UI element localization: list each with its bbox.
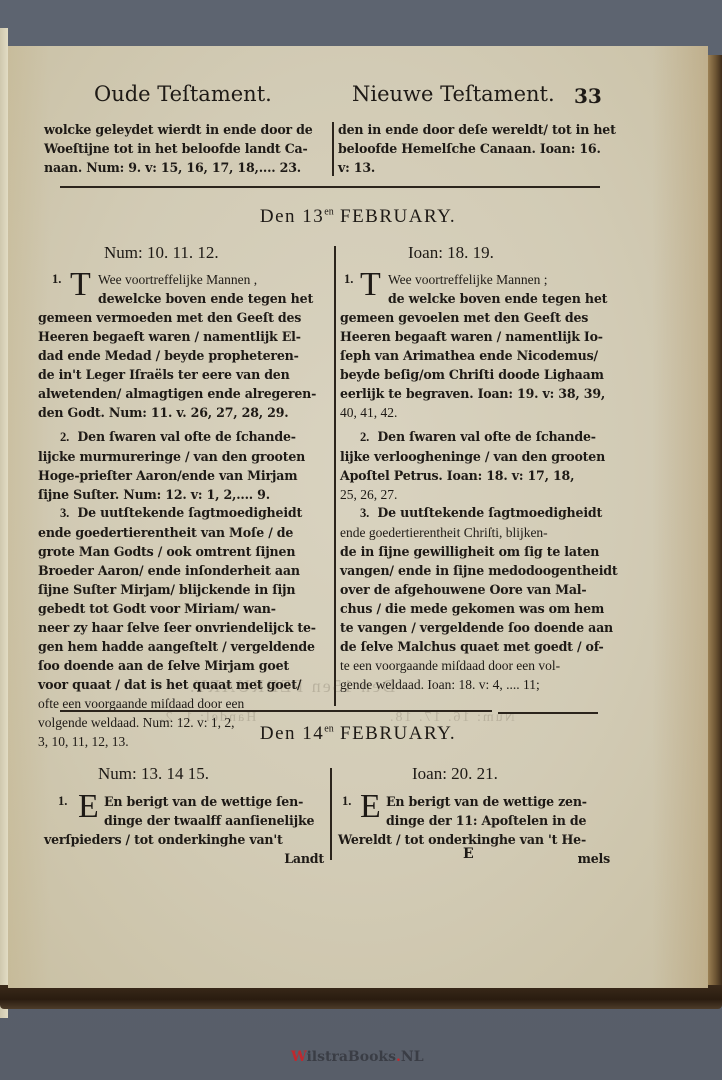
text-line: vangen/ ende in ſijne medodoogentheidt [340, 561, 610, 580]
text-line: te een voorgaande miſdaad door een vol- [340, 656, 610, 675]
text-line: over de afgehouwene Oore van Mal- [340, 580, 610, 599]
watermark-initial: W [291, 1049, 306, 1065]
date-heading-13-february: Den 13en FEBRUARY. [8, 206, 708, 228]
text-line: ende goedertierentheit Chriſti, blijken- [340, 523, 610, 542]
text-line: lijcke murmureringe / van den grooten [38, 447, 328, 466]
text-line: wolcke geleydet wierdt in ende door de [44, 120, 334, 139]
paragraph-number: 1. [342, 792, 351, 811]
paragraph-number: 1. [52, 270, 61, 289]
running-head: Oude Teſtament. Nieuwe Teſtament. 33 [8, 82, 708, 112]
text-line: naan. Num: 9. v: 15, 16, 17, 18,.... 23. [44, 158, 334, 177]
column-divider [332, 122, 334, 176]
running-head-right: Nieuwe Teſtament. [352, 82, 555, 106]
date-day: Den 13 [260, 206, 324, 227]
book-page: Oude Teſtament. Nieuwe Teſtament. 33 wol… [8, 46, 708, 988]
show-through-text: Den 15en FEBRUARY. [188, 676, 395, 697]
right-reference: Ioan: 20. 21. [412, 764, 498, 784]
right-reference: Ioan: 18. 19. [408, 243, 494, 263]
text-line: Landt [38, 849, 328, 868]
text-line: Den ſwaren val ofte de ſchande- [377, 429, 595, 444]
text-line: Wee voortreffelijke Mannen ; [388, 270, 610, 289]
text-line: grote Man Godts / ook omtrent ſijnen [38, 542, 328, 561]
drop-capital: E [360, 790, 381, 824]
paragraph-number: 3. [360, 506, 369, 520]
text-line: de ſelve Malchus quaet met goedt / of- [340, 637, 610, 656]
text-line: Heeren begaeft waren / namentlijk El- [38, 327, 328, 346]
text-line: Wereldt / tot onderkinghe van 't He- [338, 830, 610, 849]
text-line: te vangen / vergeldende ſoo doende aan [340, 618, 610, 637]
text-line: v: 13. [338, 158, 602, 177]
date-suffix: en [324, 207, 333, 218]
text-line: de welcke boven ende tegen het [388, 289, 610, 308]
text-line: beloofde Hemelſche Canaan. Ioan: 16. [338, 139, 602, 158]
text-line: mels [338, 849, 610, 868]
date-month: FEBRUARY. [340, 723, 456, 744]
drop-capital: T [360, 268, 381, 302]
text-line: dinge der twaalff aanſienelijke [104, 811, 328, 830]
text-line: beyde beſig/om Chriſti doode Lighaam [340, 365, 610, 384]
text-line: dad ende Medad / beyde propheteren- [38, 346, 328, 365]
paragraph-number: 1. [58, 792, 67, 811]
text-line: Wee voortreffelijke Mannen , [98, 270, 328, 289]
page-number: 33 [574, 84, 602, 108]
text-line: gebedt tot Godt voor Miriam/ wan- [38, 599, 328, 618]
text-line: lijke verloogheninge / van den grooten [340, 447, 610, 466]
text-line: De uutſtekende ſagtmoedigheidt [77, 505, 302, 520]
left-paragraph-2: 2. Den ſwaren val ofte de ſchande- lijck… [38, 427, 328, 504]
carryover-right: den in ende door deſe wereldt/ tot in he… [338, 120, 602, 177]
text-line: 40, 41, 42. [340, 403, 610, 422]
text-line: gemeen vermoeden met den Geeſt des [38, 308, 328, 327]
column-divider [334, 246, 336, 706]
text-line: de in't Leger Iſraëls ter eere van den [38, 365, 328, 384]
date-month: FEBRUARY. [340, 206, 456, 227]
paragraph-number: 1. [344, 270, 353, 289]
carryover-left: wolcke geleydet wierdt in ende door de W… [44, 120, 334, 177]
column-divider [330, 768, 332, 860]
right-paragraph-2: 2. Den ſwaren val ofte de ſchande- lijke… [340, 427, 610, 504]
book-binding-bottom [0, 985, 722, 1009]
text-line: Woeſtijne tot in het beloofde landt Ca- [44, 139, 334, 158]
text-line: de in ſijne gewilligheit om ſig te laten [340, 542, 610, 561]
text-line: ende goedertierentheit van Moſe / de [38, 523, 328, 542]
text-line: dinge der 11: Apoſtelen in de [386, 811, 610, 830]
paragraph-number: 2. [60, 430, 69, 444]
watermark: WilstraBooks.NL [291, 1049, 424, 1065]
text-line: ſeph van Arimathea ende Nicodemus/ [340, 346, 610, 365]
text-line: ſoo doende aan de ſelve Mirjam goet [38, 656, 328, 675]
date-suffix: en [324, 724, 333, 735]
date-day: Den 14 [260, 723, 324, 744]
text-line: gen hem hadde aangeſtelt / vergeldende [38, 637, 328, 656]
left-paragraph-1: 1. T Wee voortreffelijke Mannen , dewelc… [38, 270, 328, 422]
section-rule [60, 710, 492, 712]
signature-mark: E [463, 846, 473, 862]
text-line: eerlijk te begraven. Ioan: 19. v: 38, 39… [340, 384, 610, 403]
text-line: De uutſtekende ſagtmoedigheidt [377, 505, 602, 520]
left-reference: Num: 13. 14 15. [98, 764, 209, 784]
watermark-tld: NL [401, 1049, 424, 1065]
left-paragraph-1-feb14: 1. E En berigt van de wettige ſen- dinge… [38, 792, 328, 868]
section-rule [498, 712, 598, 714]
text-line: Heeren begaaft waren / namentlijk Io- [340, 327, 610, 346]
text-line: alwetenden/ almagtigen ende alregeren- [38, 384, 328, 403]
text-line: neer zy haar ſelve ſeer onvriendelijck t… [38, 618, 328, 637]
text-line: Hoge-prieſter Aaron/ende van Mirjam [38, 466, 328, 485]
text-line: Broeder Aaron/ ende inſonderheit aan [38, 561, 328, 580]
text-line: den in ende door deſe wereldt/ tot in he… [338, 120, 602, 139]
text-line: dewelcke boven ende tegen het [98, 289, 328, 308]
right-paragraph-1: 1. T Wee voortreffelijke Mannen ; de wel… [340, 270, 610, 422]
text-line: ſijne Suſter Mirjam/ blijckende in ſijn [38, 580, 328, 599]
text-line: den Godt. Num: 11. v. 26, 27, 28, 29. [38, 403, 328, 422]
right-paragraph-1-feb14: 1. E En berigt van de wettige zen- dinge… [338, 792, 610, 868]
left-reference: Num: 10. 11. 12. [104, 243, 219, 263]
drop-capital: T [70, 268, 91, 302]
text-line: Apoſtel Petrus. Ioan: 18. v: 17, 18, [340, 466, 610, 485]
running-head-left: Oude Teſtament. [94, 82, 272, 106]
drop-capital: E [78, 790, 99, 824]
text-line: chus / die mede gekomen was om hem [340, 599, 610, 618]
text-line: En berigt van de wettige ſen- [104, 792, 328, 811]
text-line: 25, 26, 27. [340, 485, 610, 504]
text-line: gemeen gevoelen met den Geeſt des [340, 308, 610, 327]
text-line: En berigt van de wettige zen- [386, 792, 610, 811]
paragraph-number: 2. [360, 430, 369, 444]
book-edge-left [0, 28, 8, 1018]
date-heading-14-february: Den 14en FEBRUARY. [8, 723, 708, 745]
right-paragraph-3: 3. De uutſtekende ſagtmoedigheidt ende g… [340, 503, 610, 694]
text-line: ſijne Suſter. Num: 12. v: 1, 2,.... 9. [38, 485, 328, 504]
text-line: verſpieders / tot onderkinghe van't [44, 830, 328, 849]
section-rule [60, 186, 600, 188]
paragraph-number: 3. [60, 506, 69, 520]
text-line: Den ſwaren val ofte de ſchande- [77, 429, 295, 444]
watermark-name: ilstraBooks [306, 1049, 396, 1065]
book-binding-right [706, 55, 722, 1005]
